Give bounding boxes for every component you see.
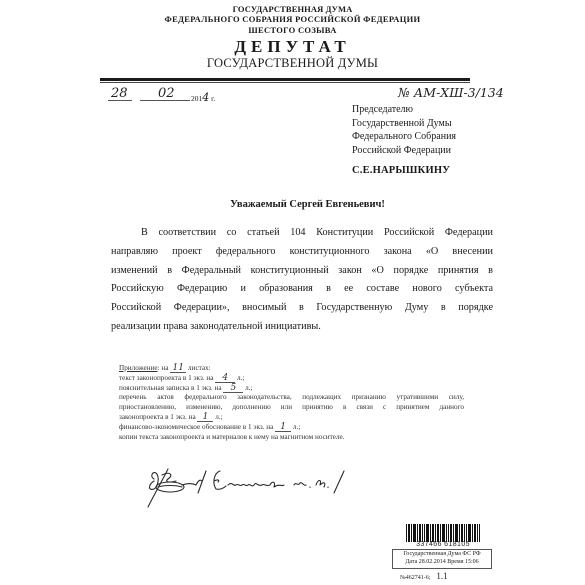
- attachment-item-suffix: л.;: [243, 384, 252, 392]
- attachment-item-pages: 1: [275, 423, 291, 432]
- body-line: Российской Федерации», вносимый в Госуда…: [111, 299, 493, 318]
- letterhead-divider-thin: [100, 82, 470, 83]
- stamp-box: Государственная Дума ФС РФ Дата 28.02.20…: [392, 549, 492, 569]
- attachments-intro: Приложение: на 11 листах:: [119, 364, 464, 374]
- addressee-line: Председателю: [352, 103, 413, 117]
- salutation: Уважаемый Сергей Евгеньевич!: [0, 199, 585, 210]
- letterhead-subtitle: ГОСУДАРСТВЕННОЙ ДУМЫ: [0, 56, 585, 71]
- stamp-reg-number: №462741-6;: [400, 575, 430, 581]
- addressee-line: Федерального Собрания: [352, 130, 456, 144]
- stamp-organization: Государственная Дума ФС РФ: [393, 551, 491, 558]
- reference-number: № АМ-ХШ-3/134: [398, 85, 504, 100]
- signature-scribble-icon: [140, 463, 380, 513]
- letterhead-line-duma: ГОСУДАРСТВЕННАЯ ДУМА: [0, 4, 585, 14]
- addressee-line: Российской Федерации: [352, 144, 451, 158]
- attachment-item: законопроекта в 1 экз. на 1 л.;: [119, 413, 464, 423]
- attachment-item-text: финансово-экономическое обоснование в 1 …: [119, 423, 275, 431]
- letterhead-line-convocation: ШЕСТОГО СОЗЫВА: [0, 25, 585, 35]
- body-line: В соответствии со статьей 104 Конституци…: [111, 224, 493, 243]
- attachment-item-pages: 4: [215, 374, 235, 383]
- attachment-item: текст законопроекта в 1 экз. на 4 л.;: [119, 374, 464, 384]
- date-year-prefix: 201: [191, 94, 202, 103]
- stamp-version: 1.1: [436, 571, 447, 581]
- date-day: 28: [111, 86, 128, 101]
- addressee-line: Государственной Думы: [352, 117, 452, 131]
- attachment-item-suffix: л.;: [213, 413, 222, 421]
- date-year-suffix: г.: [209, 94, 215, 103]
- signature: [140, 463, 380, 513]
- attachment-item-line: приостановлению, изменению, дополнению и…: [119, 403, 464, 413]
- attachment-item-line: перечень актов федерального законодатель…: [119, 393, 464, 403]
- date-month: 02: [158, 86, 175, 101]
- attachment-item: финансово-экономическое обоснование в 1 …: [119, 423, 464, 433]
- date-day-underline: [108, 100, 132, 101]
- letter-page: ГОСУДАРСТВЕННАЯ ДУМА ФЕДЕРАЛЬНОГО СОБРАН…: [0, 0, 585, 585]
- attachment-item: копии текста законопроекта и материалов …: [119, 433, 464, 443]
- body-line: изменений в Федеральный конституционный …: [111, 262, 493, 281]
- stamp-datetime: Дата 28.02.2014 Время 15:06: [393, 559, 491, 566]
- letterhead-divider: [100, 78, 470, 81]
- attachment-item-suffix: л.;: [291, 423, 300, 431]
- attachments-list: Приложение: на 11 листах: текст законопр…: [119, 364, 464, 442]
- addressee-name: С.Е.НАРЫШКИНУ: [352, 165, 450, 176]
- body-line: реализации права законодательной инициат…: [111, 318, 493, 337]
- attachment-item-text: пояснительная записка в 1 экз. на: [119, 384, 223, 392]
- body-line: Российскую Федерацию и образования в ее …: [111, 280, 493, 299]
- barcode-number: 337466 618105: [388, 541, 498, 548]
- letterhead-line-federal-assembly: ФЕДЕРАЛЬНОГО СОБРАНИЯ РОССИЙСКОЙ ФЕДЕРАЦ…: [0, 14, 585, 24]
- attachments-intro-pre: : на: [158, 364, 171, 372]
- body-line: направляю проект федерального конституци…: [111, 243, 493, 262]
- attachments-intro-post: листах:: [186, 364, 210, 372]
- letter-body: В соответствии со статьей 104 Конституци…: [111, 224, 493, 337]
- attachments-sheet-count: 11: [170, 364, 186, 373]
- attachment-item-suffix: л.;: [235, 374, 244, 382]
- attachment-item-pages: 1: [197, 413, 213, 422]
- attachment-item-text: текст законопроекта в 1 экз. на: [119, 374, 215, 382]
- attachment-item-text: законопроекта в 1 экз. на: [119, 413, 197, 421]
- barcode-icon: [406, 524, 480, 542]
- letterhead-title: ДЕПУТАТ: [0, 37, 585, 57]
- date-year: 2014 г.: [191, 91, 215, 104]
- attachments-label: Приложение: [119, 364, 158, 372]
- date-month-underline: [140, 100, 190, 101]
- registration-stamp: 337466 618105 Государственная Дума ФС РФ…: [388, 524, 498, 579]
- attachment-item: пояснительная записка в 1 экз. на 5 л.;: [119, 384, 464, 394]
- attachment-item-pages: 5: [223, 384, 243, 393]
- stamp-reg-line: №462741-6;1.1: [400, 571, 448, 581]
